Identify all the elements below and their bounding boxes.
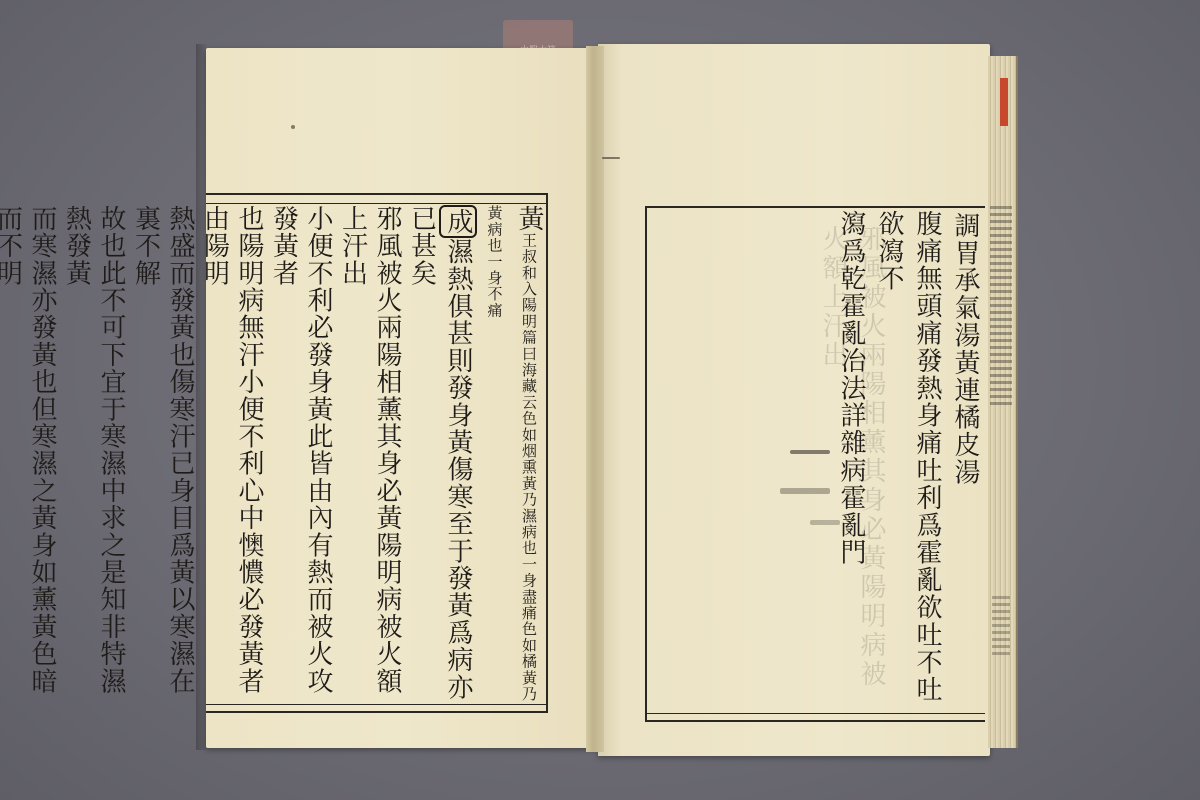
frame-rule-top: [206, 203, 546, 204]
ink-bleed-edge-lower: [992, 596, 1010, 656]
ink-mark: [602, 157, 620, 159]
text-column-1: 調胃承氣湯黃連橘皮湯: [946, 210, 984, 710]
ink-bleed-edge: [990, 206, 1012, 406]
ink-smudge: [790, 450, 830, 454]
ink-smudge: [810, 520, 840, 525]
annotation-note: 王叔和入陽明篇曰海藏云色如烟熏黃乃濕病也一身盡痛色如橘黃乃黃病也一身不痛: [486, 205, 539, 702]
boxed-label: 成: [439, 205, 478, 238]
text-column-3: 瀉爲乾霍亂治法詳雜病霍亂門: [832, 210, 870, 710]
text-column-6: 熱盛而發黃也傷寒汗已身目爲黃以寒濕在裏不解: [128, 205, 197, 705]
red-tab-marker: [1000, 78, 1008, 126]
text-column-3: 邪風被火兩陽相薰其身必黃陽明病被火額上汗出: [335, 205, 404, 705]
left-page-text: 黃王叔和入陽明篇曰海藏云色如烟熏黃乃濕病也一身盡痛色如橘黃乃黃病也一身不痛 成濕…: [206, 205, 546, 705]
fore-edge-stack: [988, 56, 1018, 748]
column-head-char: 黃: [514, 205, 544, 232]
column-text: 濕熱俱甚則發身黃傷寒至于發黃爲病亦已甚矣: [407, 205, 474, 701]
book-gutter: [586, 46, 604, 752]
text-column-8: 而寒濕亦發黃也但寒濕之黃身如薰黃色暗而不明: [0, 205, 59, 705]
text-column-4: 小便不利必發身黃此皆由內有熱而被火攻發黃者: [266, 205, 335, 705]
text-column-7: 故也此不可下宜于寒濕中求之是知非特濕熱發黃: [59, 205, 128, 705]
text-column-2: 腹痛無頭痛發熱身痛吐利爲霍亂欲吐不吐欲瀉不: [870, 210, 946, 710]
text-column-1: 黃王叔和入陽明篇曰海藏云色如烟熏黃乃濕病也一身盡痛色如橘黃乃黃病也一身不痛: [477, 205, 546, 705]
ink-smudge: [780, 488, 830, 494]
right-page-text: 調胃承氣湯黃連橘皮湯 腹痛無頭痛發熱身痛吐利爲霍亂欲吐不吐欲瀉不 瀉爲乾霍亂治法…: [860, 210, 984, 710]
text-column-2: 成濕熱俱甚則發身黃傷寒至于發黃爲病亦已甚矣: [404, 205, 477, 705]
ink-spot: [291, 125, 295, 129]
frame-rule-bottom: [647, 713, 985, 714]
open-book: 邪風被火兩陽相薰其身必黃陽明病被火額上汗出 黃王叔和入陽明篇曰海藏云色如烟熏黃乃…: [0, 0, 1200, 800]
text-column-5: 也陽明病無汗小便不利心中懊憹必發黃者由陽明: [197, 205, 266, 705]
